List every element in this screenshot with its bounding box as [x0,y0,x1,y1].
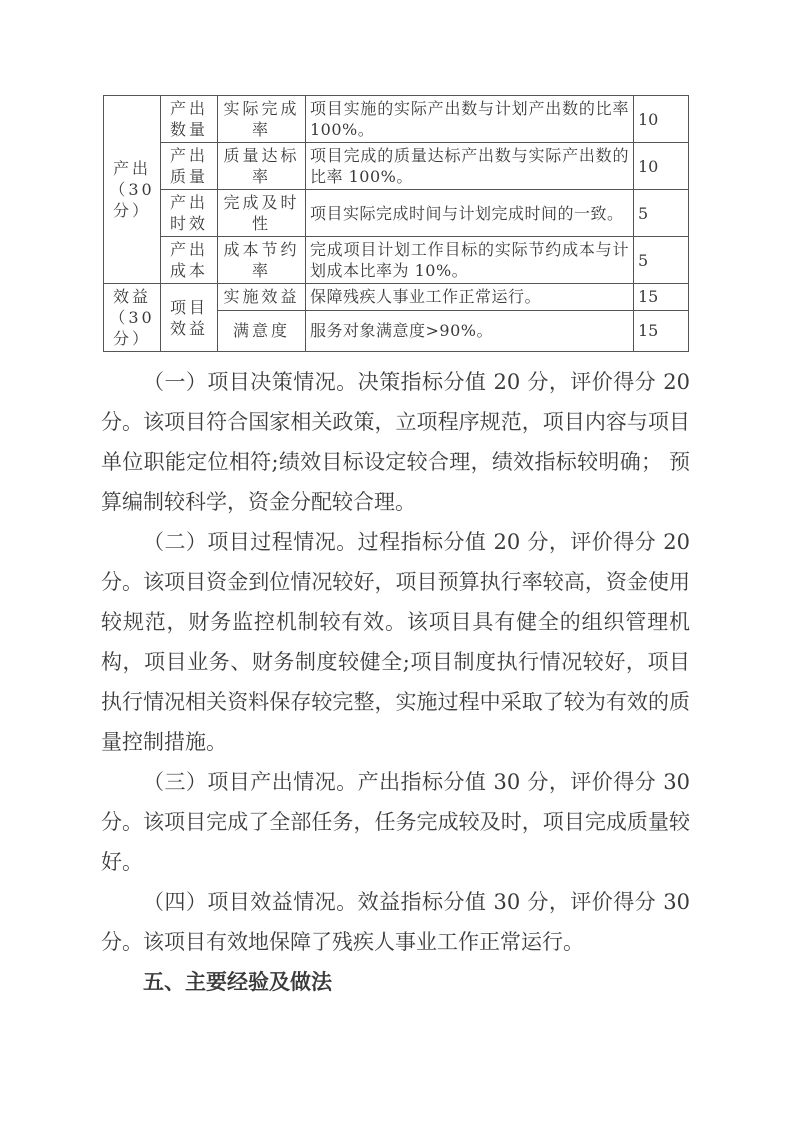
performance-indicator-table: 产出（30分） 产出数量 实际完成率 项目实施的实际产出数与计划产出数的比率 1… [103,95,689,352]
score-cell: 5 [634,190,689,237]
indicator-cell: 成本节约率 [218,237,306,284]
section-heading: 五、主要经验及做法 [101,962,690,1002]
table-row: 产出成本 成本节约率 完成项目计划工作目标的实际节约成本与计划成本比率为 10%… [104,237,689,284]
group-cell: 产出成本 [161,237,218,284]
indicator-cell: 满意度 [218,310,306,351]
group-cell: 产出质量 [161,143,218,190]
criteria-cell: 项目实施的实际产出数与计划产出数的比率 100%。 [306,96,634,143]
paragraph-output: （三）项目产出情况。产出指标分值 30 分，评价得分 30 分。该项目完成了全部… [101,762,690,882]
document-page: 产出（30分） 产出数量 实际完成率 项目实施的实际产出数与计划产出数的比率 1… [0,0,793,1122]
indicator-cell: 实际完成率 [218,96,306,143]
table-row: 产出质量 质量达标率 项目完成的质量达标产出数与实际产出数的比率 100%。 1… [104,143,689,190]
body-text: （一）项目决策情况。决策指标分值 20 分，评价得分 20 分。该项目符合国家相… [101,362,690,1002]
criteria-cell: 保障残疾人事业工作正常运行。 [306,284,634,311]
group-cell: 产出数量 [161,96,218,143]
score-cell: 15 [634,284,689,311]
criteria-cell: 项目完成的质量达标产出数与实际产出数的比率 100%。 [306,143,634,190]
table-row: 产出时效 完成及时性 项目实际完成时间与计划完成时间的一致。 5 [104,190,689,237]
criteria-cell: 项目实际完成时间与计划完成时间的一致。 [306,190,634,237]
score-cell: 10 [634,96,689,143]
group-cell-benefit: 项目效益 [161,284,218,352]
score-cell: 5 [634,237,689,284]
category-cell-benefit: 效益（30分） [104,284,161,352]
paragraph-benefit: （四）项目效益情况。效益指标分值 30 分，评价得分 30 分。该项目有效地保障… [101,882,690,962]
page-content: 产出（30分） 产出数量 实际完成率 项目实施的实际产出数与计划产出数的比率 1… [101,95,690,1002]
score-cell: 10 [634,143,689,190]
indicator-cell: 质量达标率 [218,143,306,190]
table-row: 效益（30分） 项目效益 实施效益 保障残疾人事业工作正常运行。 15 [104,284,689,311]
paragraph-decision: （一）项目决策情况。决策指标分值 20 分，评价得分 20 分。该项目符合国家相… [101,362,690,522]
table-row: 产出（30分） 产出数量 实际完成率 项目实施的实际产出数与计划产出数的比率 1… [104,96,689,143]
criteria-cell: 服务对象满意度>90%。 [306,310,634,351]
indicator-cell: 实施效益 [218,284,306,311]
category-cell-output: 产出（30分） [104,96,161,284]
indicator-cell: 完成及时性 [218,190,306,237]
score-cell: 15 [634,310,689,351]
criteria-cell: 完成项目计划工作目标的实际节约成本与计划成本比率为 10%。 [306,237,634,284]
group-cell: 产出时效 [161,190,218,237]
paragraph-process: （二）项目过程情况。过程指标分值 20 分，评价得分 20 分。该项目资金到位情… [101,522,690,762]
